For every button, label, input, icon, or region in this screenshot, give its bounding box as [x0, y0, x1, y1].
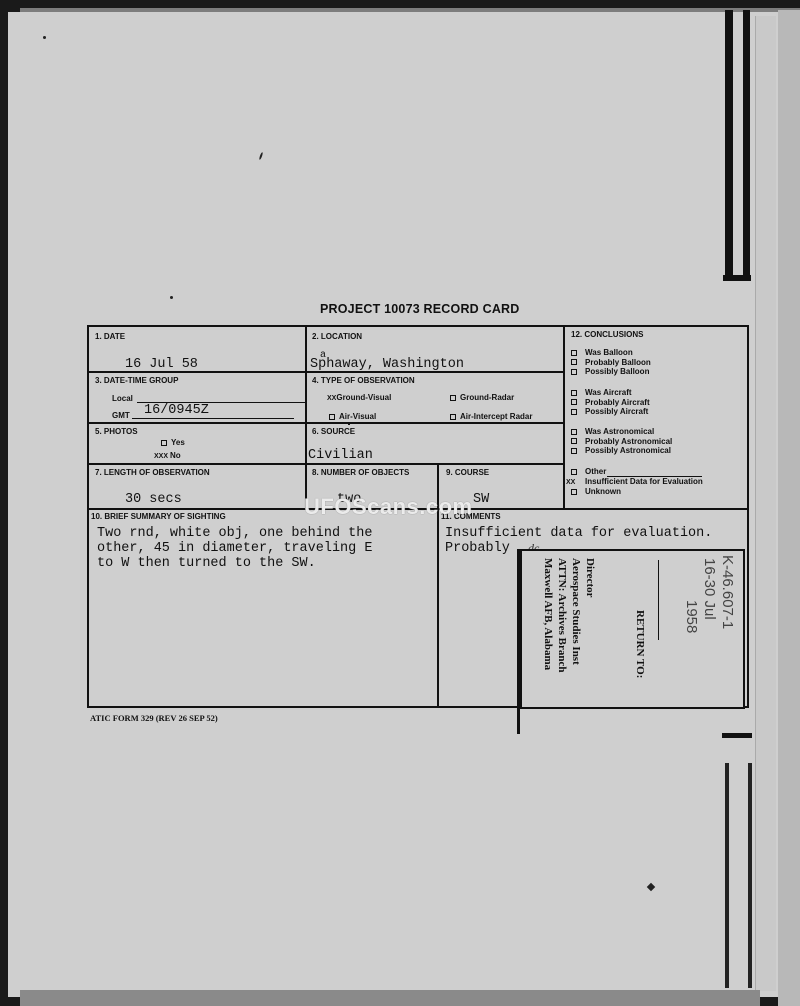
number-of-objects-label: 8. NUMBER OF OBJECTS [312, 468, 409, 477]
summary-label: 10. BRIEF SUMMARY OF SIGHTING [91, 512, 226, 521]
stamp-line-4: Maxwell AFB, Alabama [542, 558, 554, 670]
photos-label: 5. PHOTOS [95, 427, 138, 436]
location-value: Sphaway, Washington [310, 357, 464, 372]
checkbox-icon [571, 359, 577, 365]
summary-value: Two rnd, white obj, one behind the other… [97, 526, 372, 571]
scan-right-edge [778, 10, 800, 1006]
gmt-label: GMT [112, 411, 130, 420]
divider [348, 423, 350, 425]
checkbox-icon [571, 448, 577, 454]
option-air-visual: Air-Visual [329, 412, 376, 421]
photos-no: XXXNo [154, 451, 181, 460]
handwritten-date: 16-30 Jul [701, 558, 718, 620]
checkbox-icon [450, 414, 456, 420]
card-title: PROJECT 10073 RECORD CARD [320, 302, 520, 316]
length-value: 30 secs [125, 492, 182, 507]
date-time-group-label: 3. DATE-TIME GROUP [95, 376, 178, 385]
checkbox-icon [571, 438, 577, 444]
gmt-value: 16/0945Z [144, 403, 209, 418]
local-label: Local [112, 394, 133, 403]
film-sprocket-bar-top [723, 10, 753, 282]
source-value: Civilian [308, 448, 373, 463]
handwritten-year: 1958 [683, 600, 700, 633]
local-time-field: Local [112, 394, 305, 403]
checkbox-icon [571, 469, 577, 475]
scan-bottom-edge [20, 990, 760, 1006]
check-mark: XXX [154, 453, 168, 460]
course-label: 9. COURSE [446, 468, 489, 477]
conclusions-group-astronomical: Was Astronomical Probably Astronomical P… [571, 427, 672, 456]
stamp-line-3: ATTN: Archives Branch [556, 558, 568, 673]
handwritten-catalog: K-46.607-1 [719, 555, 736, 629]
form-number: ATIC FORM 329 (REV 26 SEP 52) [90, 713, 218, 723]
checkbox-icon [161, 440, 167, 446]
checkbox-icon [571, 409, 577, 415]
divider [305, 325, 307, 508]
date-label: 1. DATE [95, 332, 125, 341]
checkbox-icon [571, 350, 577, 356]
checkbox-icon [571, 399, 577, 405]
conclusions-label: 12. CONCLUSIONS [571, 330, 643, 339]
watermark: UFOScans.com [304, 494, 473, 520]
conclusions-group-aircraft: Was Aircraft Probably Aircraft Possibly … [571, 388, 650, 417]
local-time-line [137, 394, 305, 403]
option-air-intercept-radar: Air-Intercept Radar [450, 412, 532, 421]
dust-speck [170, 296, 173, 299]
conclusions-group-other: Other XXInsufficient Data for Evaluation… [566, 467, 703, 497]
checkbox-icon [571, 429, 577, 435]
checkbox-icon [571, 489, 577, 495]
filmstrip-margin [755, 16, 776, 991]
checkbox-icon [571, 369, 577, 375]
divider [563, 325, 565, 508]
location-label: 2. LOCATION [312, 332, 362, 341]
film-sprocket-bar-bottom [722, 733, 754, 991]
conclusions-group-balloon: Was Balloon Probably Balloon Possibly Ba… [571, 348, 651, 377]
divider [87, 422, 563, 424]
other-line [607, 469, 702, 477]
stamp-heading: RETURN TO: [634, 610, 646, 678]
checkbox-icon [450, 395, 456, 401]
photos-yes: Yes [161, 438, 185, 447]
checkbox-icon [571, 390, 577, 396]
divider [87, 463, 563, 465]
option-ground-visual: XXGround-Visual [327, 393, 391, 402]
stamp-rule [658, 560, 659, 640]
course-value: SW [473, 492, 489, 507]
source-label: 6. SOURCE [312, 427, 355, 436]
check-mark: XX [566, 478, 585, 488]
stamp-line-2: Aerospace Studies Inst [570, 558, 582, 665]
stamp-line-1: Director [584, 558, 596, 598]
type-of-observation-label: 4. TYPE OF OBSERVATION [312, 376, 415, 385]
dust-speck [43, 36, 46, 39]
check-mark: XX [327, 395, 336, 402]
checkbox-icon [329, 414, 335, 420]
date-value: 16 Jul 58 [125, 357, 198, 372]
option-ground-radar: Ground-Radar [450, 393, 514, 402]
length-label: 7. LENGTH OF OBSERVATION [95, 468, 210, 477]
